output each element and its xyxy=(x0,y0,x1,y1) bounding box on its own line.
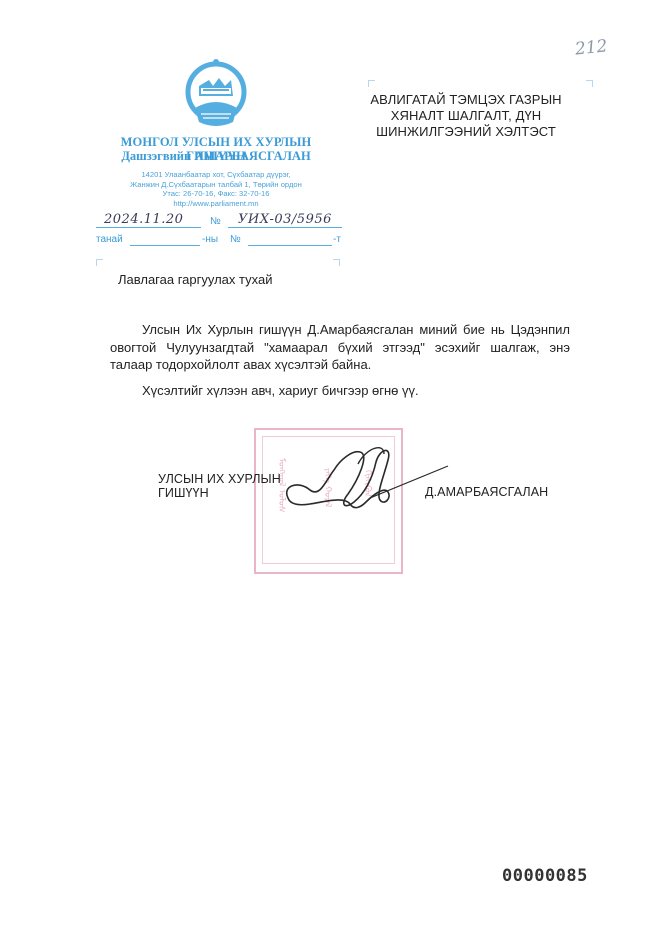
corner-mark xyxy=(333,259,340,266)
number-line xyxy=(228,227,342,228)
reference-your-letter-row: танай -ны № -т xyxy=(96,230,342,246)
handwritten-page-number: 212 xyxy=(574,36,608,59)
date-line xyxy=(96,227,201,228)
address-line: Жанжин Д.Сүхбаатарын талбай 1, Төрийн ор… xyxy=(90,180,342,190)
signatory-title-line: УЛСЫН ИХ ХУРЛЫН xyxy=(158,472,281,486)
recipient-line: ХЯНАЛТ ШАЛГАЛТ, ДҮН xyxy=(356,108,576,124)
reference-date-number-row: 2024.11.20 № УИХ-03/5956 xyxy=(96,212,342,228)
signatory-name: Д.АМАРБАЯСГАЛАН xyxy=(425,485,548,499)
address-line: 14201 Улаанбаатар хот, Сүхбаатар дүүрэг, xyxy=(90,170,342,180)
your-label: танай xyxy=(96,234,123,245)
reference-date: 2024.11.20 xyxy=(104,212,183,227)
letterhead-address: 14201 Улаанбаатар хот, Сүхбаатар дүүрэг,… xyxy=(90,170,342,208)
handwritten-signature-icon xyxy=(280,440,450,520)
mongolia-state-emblem-icon xyxy=(183,56,249,132)
your-number-line xyxy=(248,245,332,246)
your-date-line xyxy=(130,245,200,246)
signatory-title: УЛСЫН ИХ ХУРЛЫН ГИШҮҮН xyxy=(158,472,281,500)
your-suffix: -ны xyxy=(202,234,218,245)
number-label: № xyxy=(210,216,221,227)
body-paragraph: Хүсэлтийг хүлээн авч, хариуг бичгээр өгн… xyxy=(110,382,570,400)
your-number-label: № xyxy=(230,234,241,245)
corner-mark xyxy=(586,80,593,87)
corner-mark xyxy=(96,259,103,266)
body-paragraph: Улсын Их Хурлын гишүүн Д.Амарбаясгалан м… xyxy=(110,321,570,374)
website-link[interactable]: http://www.parliament.mn xyxy=(90,199,342,209)
your-number-suffix: -т xyxy=(333,234,341,245)
document-serial-number: 00000085 xyxy=(502,866,588,886)
letter-subject: Лавлагаа гаргуулах тухай xyxy=(118,272,272,287)
reference-number: УИХ-03/5956 xyxy=(238,212,332,227)
recipient-line: ШИНЖИЛГЭЭНИЙ ХЭЛТЭСТ xyxy=(356,124,576,140)
corner-mark xyxy=(368,80,375,87)
letter-body: Улсын Их Хурлын гишүүн Д.Амарбаясгалан м… xyxy=(110,321,570,407)
signatory-title-line: ГИШҮҮН xyxy=(158,486,281,500)
letterhead-member-name: Дашзэгвийн АМАРБАЯСГАЛАН xyxy=(90,149,342,163)
recipient-line: АВЛИГАТАЙ ТЭМЦЭХ ГАЗРЫН xyxy=(356,92,576,108)
address-line: Утас: 26-70-16, Факс: 32-70-16 xyxy=(90,189,342,199)
recipient-block: АВЛИГАТАЙ ТЭМЦЭХ ГАЗРЫН ХЯНАЛТ ШАЛГАЛТ, … xyxy=(356,92,576,140)
